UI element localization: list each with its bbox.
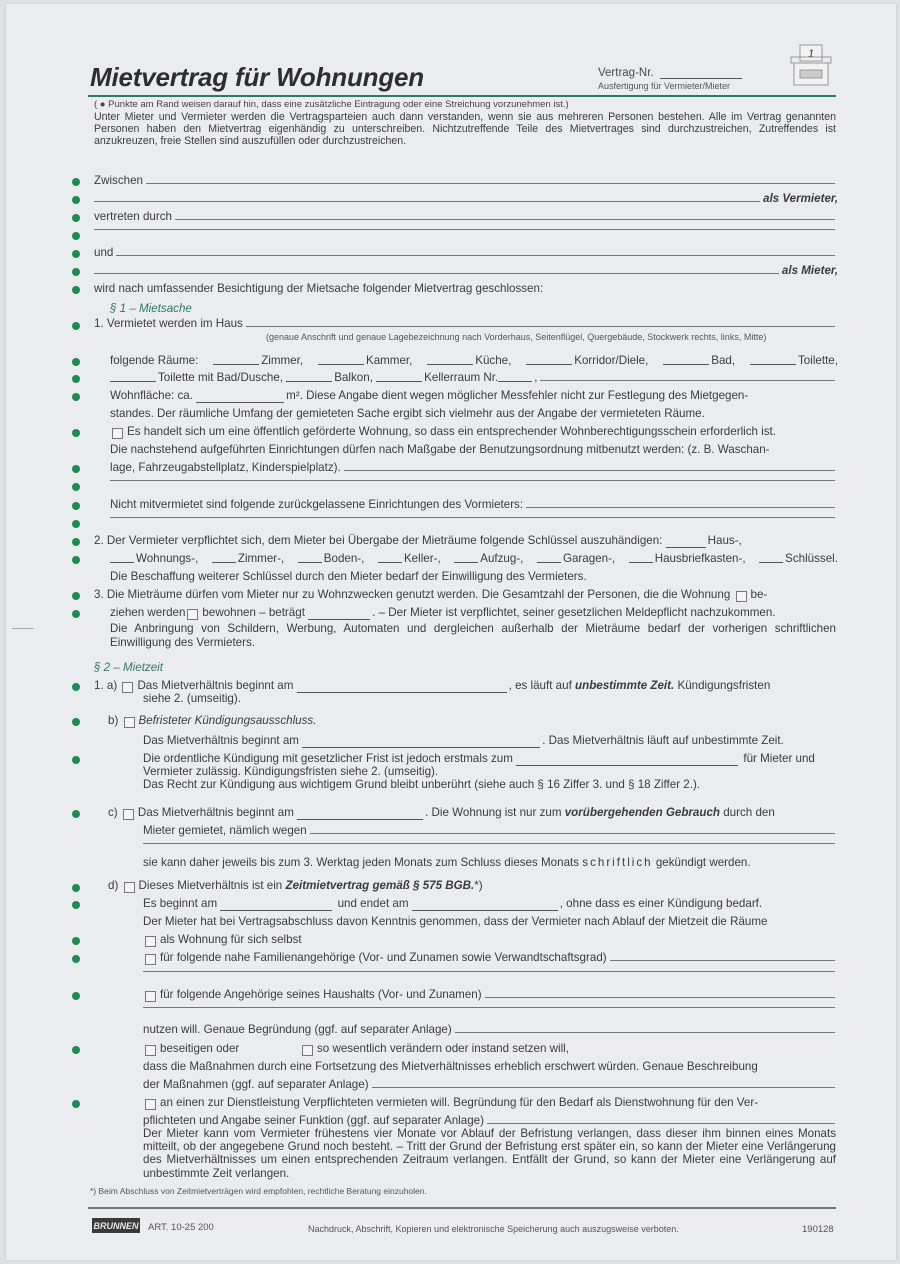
option-b-note: Vermieter zulässig. Kündigungsfristen si… bbox=[143, 765, 838, 778]
margin-dot bbox=[72, 592, 80, 600]
shared-row: Die nachstehend aufgeführten Einrichtung… bbox=[110, 443, 838, 456]
household-checkbox[interactable] bbox=[145, 991, 156, 1002]
keys-total[interactable]: Schlüssel. bbox=[759, 552, 838, 565]
margin-dot bbox=[72, 937, 80, 945]
option-b-checkbox[interactable] bbox=[124, 717, 135, 728]
option-b-start: Das Mietverhältnis beginnt am . Das Miet… bbox=[143, 734, 838, 747]
fold-mark bbox=[12, 628, 34, 629]
occupants-move-in-checkbox[interactable] bbox=[736, 591, 747, 602]
margin-dot bbox=[72, 268, 80, 276]
margin-dot bbox=[72, 538, 80, 546]
keys-keller[interactable]: Keller-, bbox=[378, 552, 441, 565]
margin-dot bbox=[72, 358, 80, 366]
rooms-toilette-bad[interactable]: Toilette mit Bad/Dusche, bbox=[110, 371, 283, 384]
rooms-other-field[interactable] bbox=[540, 379, 835, 381]
family-field-2[interactable] bbox=[143, 970, 838, 975]
field-representative[interactable]: vertreten durch bbox=[94, 210, 838, 223]
margin-dot bbox=[72, 683, 80, 691]
household-field[interactable] bbox=[485, 996, 835, 998]
field-reason[interactable]: nutzen will. Genaue Begründung (ggf. auf… bbox=[143, 1023, 838, 1036]
header-rule bbox=[88, 95, 836, 97]
option-b-row: b) Befristeter Kündigungsausschluss. bbox=[108, 714, 838, 727]
margin-dot bbox=[72, 196, 80, 204]
field-tenant[interactable]: und bbox=[94, 246, 838, 259]
option-d-dates: Es beginnt am und endet am , ohne dass e… bbox=[143, 897, 838, 910]
form-code: 190128 bbox=[802, 1224, 834, 1235]
keys-briefkasten[interactable]: Hausbriefkasten-, bbox=[629, 552, 746, 565]
option-service: an einen zur Dienstleistung Verpflichtet… bbox=[143, 1096, 838, 1109]
rooms-row: folgende Räume: Zimmer, Kammer, Küche, K… bbox=[110, 354, 838, 367]
rooms-korridor[interactable]: Korridor/Diele, bbox=[526, 354, 648, 367]
margin-dot bbox=[72, 884, 80, 892]
margin-dot bbox=[72, 1100, 80, 1108]
rooms-row-2: Toilette mit Bad/Dusche, Balkon, Kellerr… bbox=[110, 371, 838, 384]
rooms-kammer[interactable]: Kammer, bbox=[318, 354, 412, 367]
area-row-2: standes. Der räumliche Umfang der gemiet… bbox=[110, 407, 838, 420]
option-c-row: c) Das Mietverhältnis beginnt am . Die W… bbox=[108, 806, 838, 819]
use-row-2: ziehen werdenbewohnen – beträgt . – Der … bbox=[110, 606, 838, 619]
margin-dot bbox=[72, 810, 80, 818]
address-hint: (genaue Anschrift und genaue Lagebezeich… bbox=[266, 332, 766, 342]
field-shared-facilities-2[interactable] bbox=[110, 479, 838, 484]
contract-number-field[interactable] bbox=[660, 78, 742, 79]
field-not-rented-2[interactable] bbox=[110, 516, 838, 521]
rooms-balkon[interactable]: Balkon, bbox=[286, 371, 373, 384]
article-number: ART. 10-25 200 bbox=[148, 1222, 214, 1233]
option-a-row: 1. a) Das Mietverhältnis beginnt am , es… bbox=[94, 679, 838, 692]
field-tenant-2[interactable]: als Mieter, bbox=[94, 264, 838, 277]
final-note: Der Mieter kann vom Vermieter frühestens… bbox=[143, 1127, 836, 1180]
contract-number: Vertrag-Nr. bbox=[598, 67, 742, 79]
brand-logo: BRUNNEN bbox=[92, 1218, 140, 1233]
field-shared-facilities[interactable]: lage, Fahrzeugabstellplatz, Kinderspielp… bbox=[110, 461, 838, 474]
use-row: 3. Die Mieträume dürfen vom Mieter nur z… bbox=[94, 588, 838, 601]
modify-checkbox[interactable] bbox=[302, 1045, 313, 1056]
keys-haus-field[interactable] bbox=[666, 546, 706, 548]
margin-dot bbox=[72, 214, 80, 222]
option-c-note: sie kann daher jeweils bis zum 3. Werkta… bbox=[143, 856, 838, 869]
option-d-start-field[interactable] bbox=[220, 909, 332, 911]
hint-text: ( ● Punkte am Rand weisen darauf hin, da… bbox=[94, 99, 569, 110]
typewriter-icon: 1 bbox=[786, 44, 836, 90]
option-d-end-field[interactable] bbox=[412, 909, 558, 911]
margin-dot bbox=[72, 375, 80, 383]
intro-text: Unter Mieter und Vermieter werden die Ve… bbox=[94, 111, 836, 148]
service-checkbox[interactable] bbox=[145, 1099, 156, 1110]
rooms-keller[interactable]: Kellerraum Nr., bbox=[376, 371, 537, 384]
option-family: für folgende nahe Familienangehörige (Vo… bbox=[143, 951, 838, 964]
keys-note: Die Beschaffung weiterer Schlüssel durch… bbox=[110, 570, 838, 583]
option-c-start-field[interactable] bbox=[297, 818, 423, 820]
keys-zimmer[interactable]: Zimmer-, bbox=[212, 552, 284, 565]
margin-dot bbox=[72, 1046, 80, 1054]
margin-dot bbox=[72, 756, 80, 764]
option-b-termination: Die ordentliche Kündigung mit gesetzlich… bbox=[143, 752, 838, 765]
field-landlord[interactable]: Zwischen bbox=[94, 174, 838, 187]
contract-number-label: Vertrag-Nr. bbox=[598, 67, 654, 79]
footnote: *) Beim Abschluss von Zeitmietverträgen … bbox=[90, 1186, 427, 1196]
option-a-note: siehe 2. (umseitig). bbox=[143, 692, 838, 705]
field-landlord-2[interactable]: als Vermieter, bbox=[94, 192, 838, 205]
field-representative-2[interactable] bbox=[94, 228, 838, 233]
field-not-rented[interactable]: Nicht mitvermietet sind folgende zurückg… bbox=[110, 498, 838, 511]
field-temporary-reason-2[interactable] bbox=[143, 842, 838, 847]
occupants-reside-checkbox[interactable] bbox=[187, 609, 198, 620]
margin-dot bbox=[72, 901, 80, 909]
measures-text: dass die Maßnahmen durch eine Fortsetzun… bbox=[143, 1060, 838, 1073]
margin-dot bbox=[72, 250, 80, 258]
field-measures[interactable]: der Maßnahmen (ggf. auf separater Anlage… bbox=[143, 1078, 838, 1091]
margin-dot bbox=[72, 610, 80, 618]
option-d-known: Der Mieter hat bei Vertragsabschluss dav… bbox=[143, 915, 838, 928]
self-use-checkbox[interactable] bbox=[145, 936, 156, 947]
margin-dot bbox=[72, 483, 80, 491]
family-checkbox[interactable] bbox=[145, 954, 156, 965]
margin-dot bbox=[72, 322, 80, 330]
option-b-start-field[interactable] bbox=[302, 746, 540, 748]
margin-dot bbox=[72, 556, 80, 564]
field-house-address[interactable]: 1. Vermietet werden im Haus bbox=[94, 317, 838, 330]
rooms-bad[interactable]: Bad, bbox=[663, 354, 735, 367]
family-field[interactable] bbox=[610, 959, 835, 961]
household-field-2[interactable] bbox=[143, 1006, 838, 1011]
option-d-checkbox[interactable] bbox=[124, 882, 135, 893]
rooms-zimmer[interactable]: Zimmer, bbox=[213, 354, 303, 367]
keys-row-2: Wohnungs-, Zimmer-, Boden-, Keller-, Auf… bbox=[110, 552, 838, 565]
section-1-heading: § 1 – Mietsache bbox=[110, 302, 192, 315]
keys-row: 2. Der Vermieter verpflichtet sich, dem … bbox=[94, 534, 838, 547]
option-c-checkbox[interactable] bbox=[123, 809, 134, 820]
margin-dot bbox=[72, 393, 80, 401]
keys-garage[interactable]: Garagen-, bbox=[537, 552, 615, 565]
closing-text: wird nach umfassender Besichtigung der M… bbox=[94, 282, 838, 295]
subsidized-row: Es handelt sich um eine öffentlich geför… bbox=[110, 425, 838, 438]
rooms-toilette[interactable]: Toilette, bbox=[750, 354, 838, 367]
option-b-note-2: Das Recht zur Kündigung aus wichtigem Gr… bbox=[143, 778, 838, 791]
margin-dot bbox=[72, 520, 80, 528]
field-temporary-reason[interactable]: Mieter gemietet, nämlich wegen bbox=[143, 824, 838, 837]
remove-checkbox[interactable] bbox=[145, 1045, 156, 1056]
subsidized-checkbox[interactable] bbox=[112, 428, 123, 439]
keys-aufzug[interactable]: Aufzug-, bbox=[454, 552, 523, 565]
rooms-kueche[interactable]: Küche, bbox=[427, 354, 511, 367]
margin-dot bbox=[72, 992, 80, 1000]
margin-dot bbox=[72, 955, 80, 963]
margin-dot bbox=[72, 286, 80, 294]
margin-dot bbox=[72, 232, 80, 240]
svg-text:1: 1 bbox=[808, 48, 814, 60]
margin-dot bbox=[72, 502, 80, 510]
area-row: Wohnfläche: ca. m². Diese Angabe dient w… bbox=[110, 389, 838, 402]
section-2-heading: § 2 – Mietzeit bbox=[94, 661, 163, 674]
option-d-row: d) Dieses Mietverhältnis ist ein Zeitmie… bbox=[108, 879, 838, 892]
margin-dot bbox=[72, 718, 80, 726]
field-service[interactable]: pflichteten und Angabe seiner Funktion (… bbox=[143, 1114, 838, 1127]
option-self-use: als Wohnung für sich selbst bbox=[143, 933, 838, 946]
occupants-count-field[interactable] bbox=[308, 618, 370, 620]
signs-note: Die Anbringung von Schildern, Werbung, A… bbox=[110, 622, 836, 650]
margin-dot bbox=[72, 178, 80, 186]
copy-label: Ausfertigung für Vermieter/Mieter bbox=[598, 81, 730, 91]
copyright-notice: Nachdruck, Abschrift, Kopieren und elekt… bbox=[308, 1224, 679, 1234]
area-field[interactable] bbox=[196, 401, 284, 403]
keys-boden[interactable]: Boden-, bbox=[298, 552, 365, 565]
keys-wohnung[interactable]: Wohnungs-, bbox=[110, 552, 198, 565]
option-household: für folgende Angehörige seines Haushalts… bbox=[143, 988, 838, 1001]
option-remove: beseitigen oderso wesentlich verändern o… bbox=[143, 1042, 838, 1055]
page-title: Mietvertrag für Wohnungen bbox=[90, 62, 424, 93]
margin-dot bbox=[72, 465, 80, 473]
option-a-checkbox[interactable] bbox=[122, 682, 133, 693]
margin-dot bbox=[72, 429, 80, 437]
footer-rule bbox=[88, 1207, 836, 1209]
